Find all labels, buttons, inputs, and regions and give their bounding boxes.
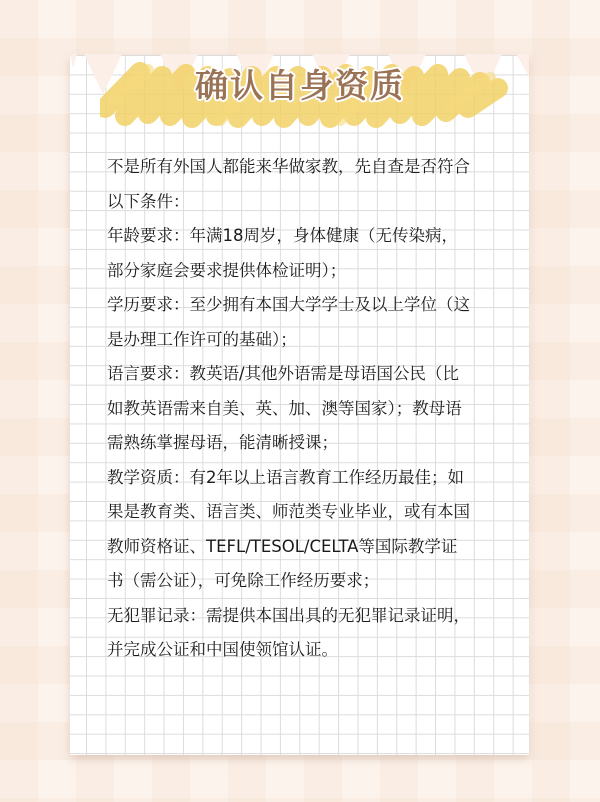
text-line-criminal-2: 并完成公证和中国使领馆认证。 — [107, 633, 502, 668]
text-line-teaching-2: 果是教育类、语言类、师范类专业毕业，或有本国 — [107, 495, 502, 530]
text-line-intro-1: 不是所有外国人都能来华做家教，先自查是否符合 — [107, 150, 502, 185]
text-line-teaching-1: 教学资质：有2年以上语言教育工作经历最佳；如 — [107, 461, 502, 496]
requirements-body: 不是所有外国人都能来华做家教，先自查是否符合 以下条件： 年龄要求：年满18周岁… — [107, 150, 502, 668]
text-line-teaching-4: 书（需公证），可免除工作经历要求； — [107, 564, 502, 599]
text-line-language-3: 需熟练掌握母语，能清晰授课； — [107, 426, 502, 461]
text-line-age-2: 部分家庭会要求提供体检证明）； — [107, 254, 502, 289]
text-line-criminal-1: 无犯罪记录：需提供本国出具的无犯罪记录证明， — [107, 599, 502, 634]
text-line-language-1: 语言要求：教英语/其他外语需是母语国公民（比 — [107, 357, 502, 392]
text-line-language-2: 如教英语需来自美、英、加、澳等国家）；教母语 — [107, 392, 502, 427]
page-title: 确认自身资质 — [0, 60, 600, 107]
text-line-education-1: 学历要求：至少拥有本国大学学士及以上学位（这 — [107, 288, 502, 323]
text-line-teaching-3: 教师资格证、TEFL/TESOL/CELTA等国际教学证 — [107, 530, 502, 565]
text-line-intro-2: 以下条件： — [107, 185, 502, 220]
text-line-age-1: 年龄要求：年满18周岁，身体健康（无传染病， — [107, 219, 502, 254]
text-line-education-2: 是办理工作许可的基础）； — [107, 323, 502, 358]
